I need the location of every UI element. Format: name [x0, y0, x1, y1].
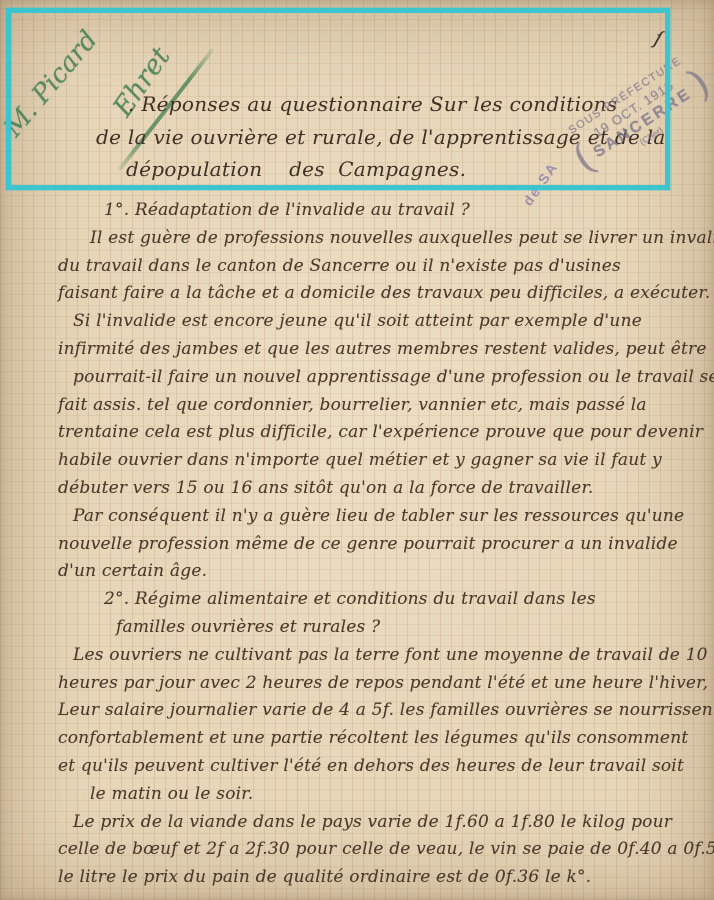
- manuscript-line: 2°. Régime alimentaire et conditions du …: [58, 586, 708, 614]
- highlight-rectangle: [6, 8, 670, 190]
- manuscript-line: 1°. Réadaptation de l'invalide au travai…: [58, 197, 708, 225]
- manuscript-line: celle de bœuf et 2f a 2f.30 pour celle d…: [58, 836, 708, 864]
- manuscript-line: pourrait-il faire un nouvel apprentissag…: [58, 364, 708, 392]
- manuscript-line: Leur salaire journalier varie de 4 a 5f.…: [58, 697, 708, 725]
- manuscript-line: Si l'invalide est encore jeune qu'il soi…: [58, 308, 708, 336]
- manuscript-line: Par conséquent il n'y a guère lieu de ta…: [58, 503, 708, 531]
- manuscript-line: d'un certain âge.: [58, 558, 708, 586]
- manuscript-body-text: 1°. Réadaptation de l'invalide au travai…: [58, 197, 708, 892]
- manuscript-line: et qu'ils peuvent cultiver l'été en deho…: [58, 753, 708, 781]
- manuscript-line: familles ouvrières et rurales ?: [58, 614, 708, 642]
- manuscript-line: Il est guère de professions nouvelles au…: [58, 225, 708, 253]
- manuscript-line: trentaine cela est plus difficile, car l…: [58, 419, 708, 447]
- manuscript-line: Les ouvriers ne cultivant pas la terre f…: [58, 642, 708, 670]
- manuscript-line: nouvelle profession même de ce genre pou…: [58, 531, 708, 559]
- manuscript-line: habile ouvrier dans n'importe quel métie…: [58, 447, 708, 475]
- scanned-manuscript-page: M. Picard Ehret . Réponses au questionna…: [0, 0, 714, 900]
- manuscript-line: infirmité des jambes et que les autres m…: [58, 336, 708, 364]
- manuscript-line: le litre le prix du pain de qualité ordi…: [58, 864, 708, 892]
- manuscript-line: faisant faire a la tâche et a domicile d…: [58, 280, 708, 308]
- manuscript-line: heures par jour avec 2 heures de repos p…: [58, 670, 708, 698]
- manuscript-line: Le prix de la viande dans le pays varie …: [58, 809, 708, 837]
- manuscript-line: fait assis. tel que cordonnier, bourreli…: [58, 392, 708, 420]
- manuscript-line: confortablement et une partie récoltent …: [58, 725, 708, 753]
- manuscript-line: débuter vers 15 ou 16 ans sitôt qu'on a …: [58, 475, 708, 503]
- manuscript-line: du travail dans le canton de Sancerre ou…: [58, 253, 708, 281]
- manuscript-line: le matin ou le soir.: [58, 781, 708, 809]
